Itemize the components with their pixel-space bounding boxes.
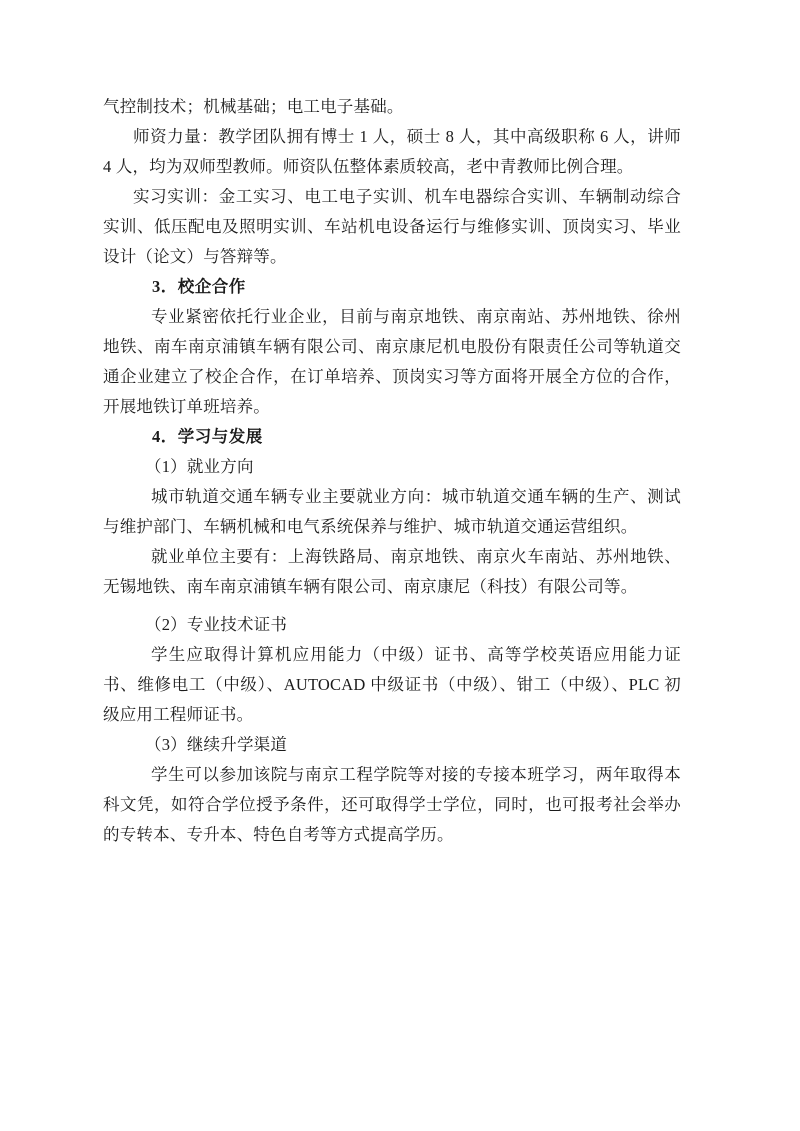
paragraph-employment-direction: 城市轨道交通车辆专业主要就业方向：城市轨道交通车辆的生产、测试与维护部门、车辆机… [103, 482, 681, 542]
paragraph-further-study: 学生可以参加该院与南京工程学院等对接的专接本班学习，两年取得本科文凭，如符合学位… [103, 760, 681, 850]
paragraph-continuation: 气控制技术；机械基础；电工电子基础。 [103, 92, 681, 122]
document-page: 气控制技术；机械基础；电工电子基础。 师资力量：教学团队拥有博士 1 人，硕士 … [0, 0, 800, 1131]
section-heading-4: 4．学习与发展 [103, 422, 681, 452]
paragraph-employers: 就业单位主要有：上海铁路局、南京地铁、南京火车南站、苏州地铁、无锡地铁、南车南京… [103, 542, 681, 602]
paragraph-practice: 实习实训：金工实习、电工电子实训、机车电器综合实训、车辆制动综合实训、低压配电及… [103, 182, 681, 272]
section-heading-3: 3．校企合作 [103, 272, 681, 302]
paragraph-cooperation: 专业紧密依托行业企业，目前与南京地铁、南京南站、苏州地铁、徐州地铁、南车南京浦镇… [103, 302, 681, 422]
subsection-heading-2: （2）专业技术证书 [103, 610, 681, 640]
subsection-heading-1: （1）就业方向 [103, 452, 681, 482]
paragraph-certificates: 学生应取得计算机应用能力（中级）证书、高等学校英语应用能力证书、维修电工（中级）… [103, 640, 681, 730]
paragraph-faculty: 师资力量：教学团队拥有博士 1 人，硕士 8 人，其中高级职称 6 人，讲师 4… [103, 122, 681, 182]
subsection-heading-3: （3）继续升学渠道 [103, 730, 681, 760]
